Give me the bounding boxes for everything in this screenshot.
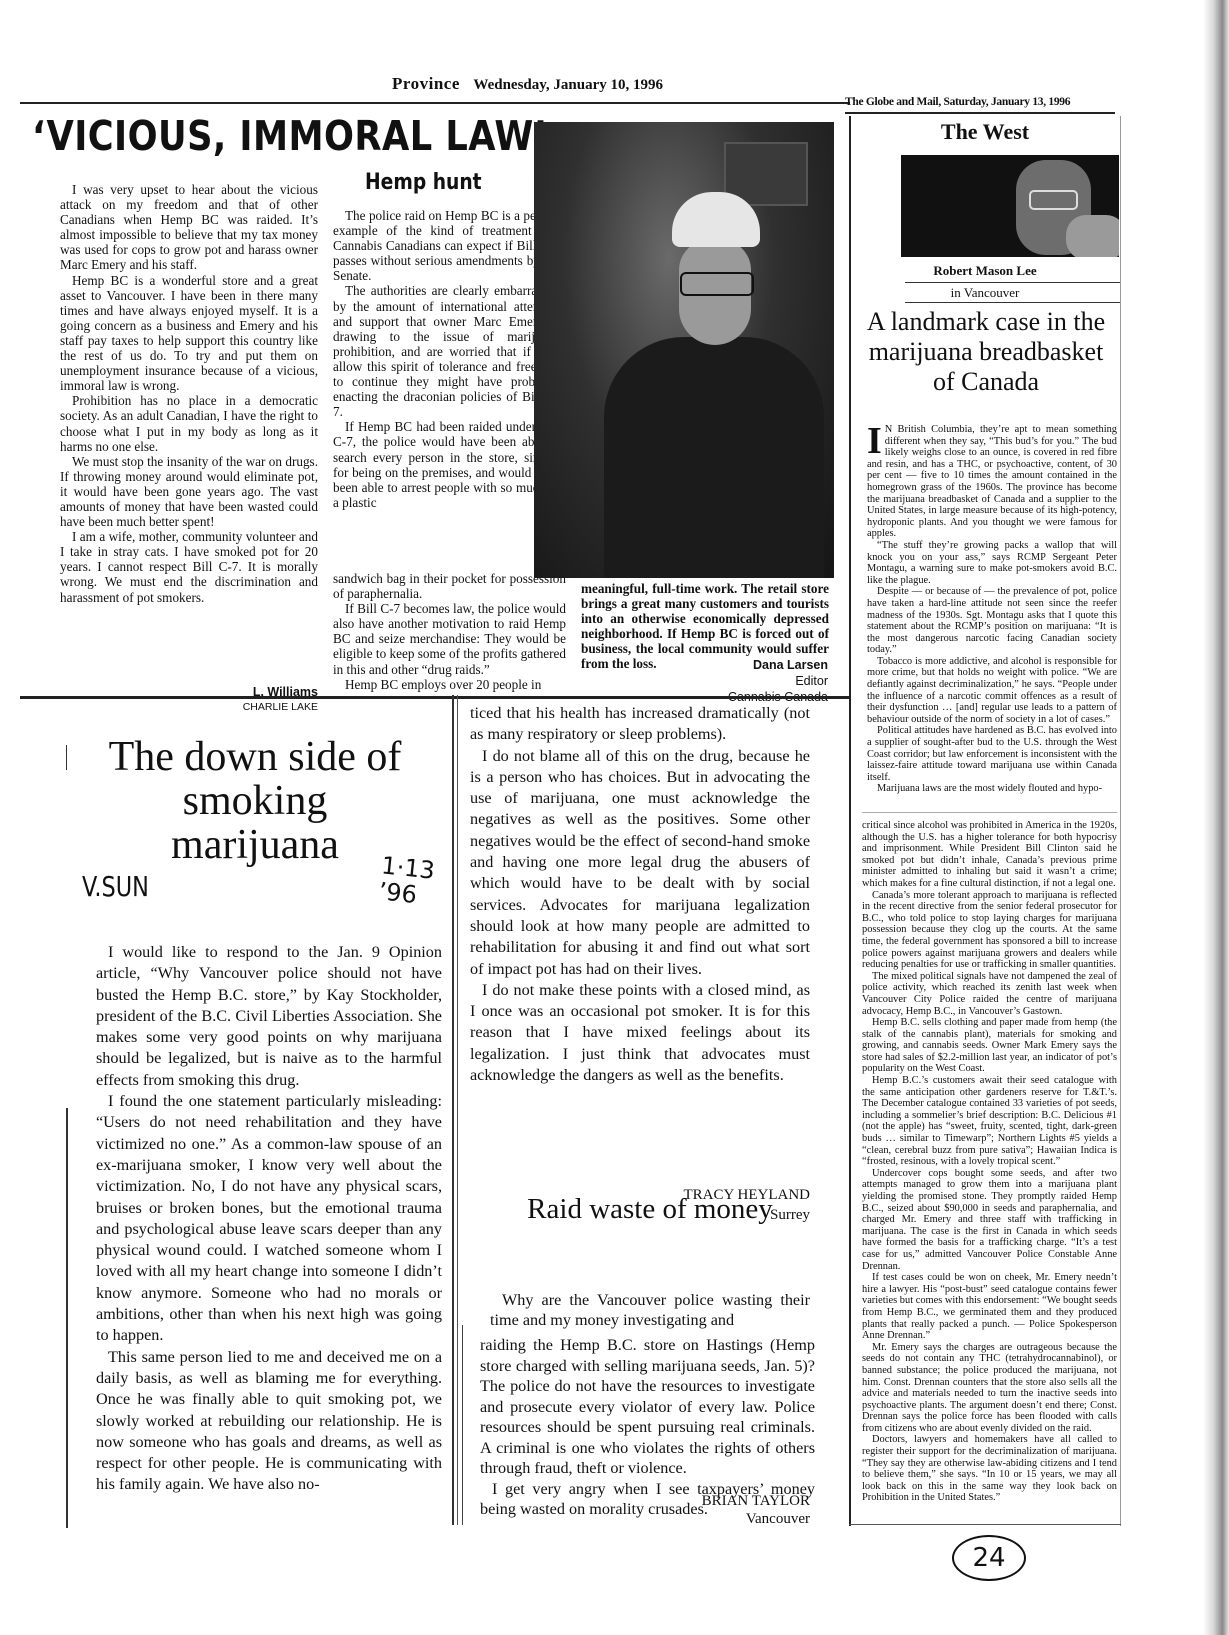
clip-edge-line [66, 745, 67, 770]
paragraph: The police raid on Hemp BC is a perfect … [333, 208, 560, 283]
paragraph: Undercover cops bought some seeds, and a… [862, 1168, 1117, 1272]
signature-place: CHARLIE LAKE [200, 700, 318, 715]
paragraph: “The stuff they’re growing packs a wallo… [867, 540, 1117, 586]
page-binding-shadow [1203, 0, 1229, 1635]
raid-letter-headline: Raid waste of money [480, 1193, 820, 1226]
paragraph: I am a wife, mother, community volunteer… [60, 529, 318, 604]
paragraph: Prohibition has no place in a democratic… [60, 393, 318, 453]
raid-letter-intro: Why are the Vancouver police wasting the… [490, 1290, 810, 1330]
photo-columnist [901, 155, 1119, 257]
hand-graphic [1066, 215, 1119, 257]
byline-rule [905, 282, 1120, 283]
signature-name: BRIAN TAYLOR [560, 1492, 810, 1510]
middle-rule-divider [20, 696, 850, 699]
paragraph: Despite — or because of — the prevalence… [867, 586, 1117, 656]
top-rule-divider [20, 102, 850, 104]
paragraph: raiding the Hemp B.C. store on Hastings … [480, 1335, 815, 1479]
signature-name: Dana Larsen [680, 657, 828, 673]
section-title: The West [855, 119, 1115, 145]
letter-williams-body: I was very upset to hear about the vicio… [60, 182, 318, 605]
paragraph: Marijuana laws are the most widely flout… [867, 783, 1117, 795]
paragraph: I found the one statement particularly m… [96, 1091, 442, 1347]
vsun-headline: The down side of smoking marijuana [95, 735, 415, 867]
paragraph: Tobacco is more addictive, and alcohol i… [867, 656, 1117, 726]
paragraph: The mixed political signals have not dam… [862, 971, 1117, 1017]
hemp-hunt-title: Hemp hunt [365, 170, 482, 195]
clip-border-right [1120, 116, 1121, 1526]
paragraph: ticed that his health has increased dram… [470, 703, 810, 746]
globe-headline: A landmark case in the marijuana breadba… [855, 307, 1117, 397]
drop-cap: I [867, 425, 882, 457]
letter-larsen-body-top: The police raid on Hemp BC is a perfect … [333, 208, 560, 510]
province-dateline: Province Wednesday, January 10, 1996 [392, 74, 663, 94]
byline-location: in Vancouver [855, 285, 1115, 301]
clip-border-left [462, 1325, 463, 1525]
paragraph: If test cases could be won on cheek, Mr.… [862, 1272, 1117, 1342]
paragraph: I do not blame all of this on the drug, … [470, 746, 810, 980]
clip-border-left [66, 1108, 68, 1528]
paragraph: Doctors, lawyers and homemakers have all… [862, 1434, 1117, 1504]
globe-article-part2: critical since alcohol was prohibited in… [862, 820, 1117, 1504]
person-body-graphic [604, 337, 824, 578]
glasses-graphic [680, 272, 754, 296]
clip-border-bottom [849, 1524, 1121, 1525]
paragraph: N British Columbia, they’re apt to mean … [867, 424, 1117, 539]
paragraph: If Hemp BC had been raided under Bill C-… [333, 419, 560, 510]
paragraph: I was very upset to hear about the vicio… [60, 182, 318, 273]
paragraph: I do not make these points with a closed… [470, 980, 810, 1086]
paragraph: sandwich bag in their pocket for possess… [333, 571, 566, 601]
province-date: Wednesday, January 10, 1996 [473, 77, 663, 93]
letter-williams-signature: L. Williams CHARLIE LAKE [200, 685, 318, 715]
paragraph: Hemp BC is a wonderful store and a great… [60, 273, 318, 394]
handwritten-source-note: V.SUN [82, 870, 149, 903]
paragraph: Hemp BC employs over 20 people in [333, 677, 566, 692]
globe-dateline: The Globe and Mail, Saturday, January 13… [845, 96, 1115, 108]
byline-rule [905, 302, 1120, 303]
byline-name: Robert Mason Lee [855, 263, 1115, 279]
globe-rule [845, 112, 1115, 114]
paragraph: Hemp B.C.’s customers await their seed c… [862, 1075, 1117, 1168]
column-divider [452, 695, 454, 1525]
paragraph: Mr. Emery says the charges are outrageou… [862, 1342, 1117, 1435]
paragraph: Hemp B.C. sells clothing and paper made … [862, 1017, 1117, 1075]
glasses-graphic [1029, 190, 1078, 210]
paragraph: I would like to respond to the Jan. 9 Op… [96, 942, 442, 1091]
signature-place: Vancouver [560, 1510, 810, 1528]
letter-larsen-body-bottom: sandwich bag in their pocket for possess… [333, 571, 566, 692]
clip-seam [862, 812, 1117, 813]
signature-title: Editor [680, 673, 828, 689]
paragraph: This same person lied to me and deceived… [96, 1347, 442, 1496]
handwritten-page-number: 24 [952, 1535, 1026, 1581]
paragraph: The authorities are clearly embarrassed … [333, 283, 560, 419]
vsun-letter-col1: I would like to respond to the Jan. 9 Op… [96, 942, 442, 1496]
paragraph: If Bill C-7 becomes law, the police woul… [333, 601, 566, 676]
paragraph: We must stop the insanity of the war on … [60, 454, 318, 529]
paragraph: Canada’s more tolerant approach to marij… [862, 890, 1117, 971]
clip-border-left [849, 116, 851, 1526]
paragraph: critical since alcohol was prohibited in… [862, 820, 1117, 890]
handwritten-date-note: 1·13 ’96 [377, 852, 436, 909]
globe-article-part1: IN British Columbia, they’re apt to mean… [867, 424, 1117, 795]
province-headline: ‘VICIOUS, IMMORAL LAW’ [32, 112, 548, 160]
paragraph: Political attitudes have hardened as B.C… [867, 725, 1117, 783]
photo-man-in-cap [534, 122, 834, 578]
column-divider [457, 695, 458, 1525]
raid-letter-signature: BRIAN TAYLOR Vancouver [560, 1492, 810, 1528]
vsun-letter-col2: ticed that his health has increased dram… [470, 703, 810, 1086]
paragraph: Why are the Vancouver police wasting the… [490, 1290, 810, 1330]
province-masthead: Province [392, 74, 460, 93]
